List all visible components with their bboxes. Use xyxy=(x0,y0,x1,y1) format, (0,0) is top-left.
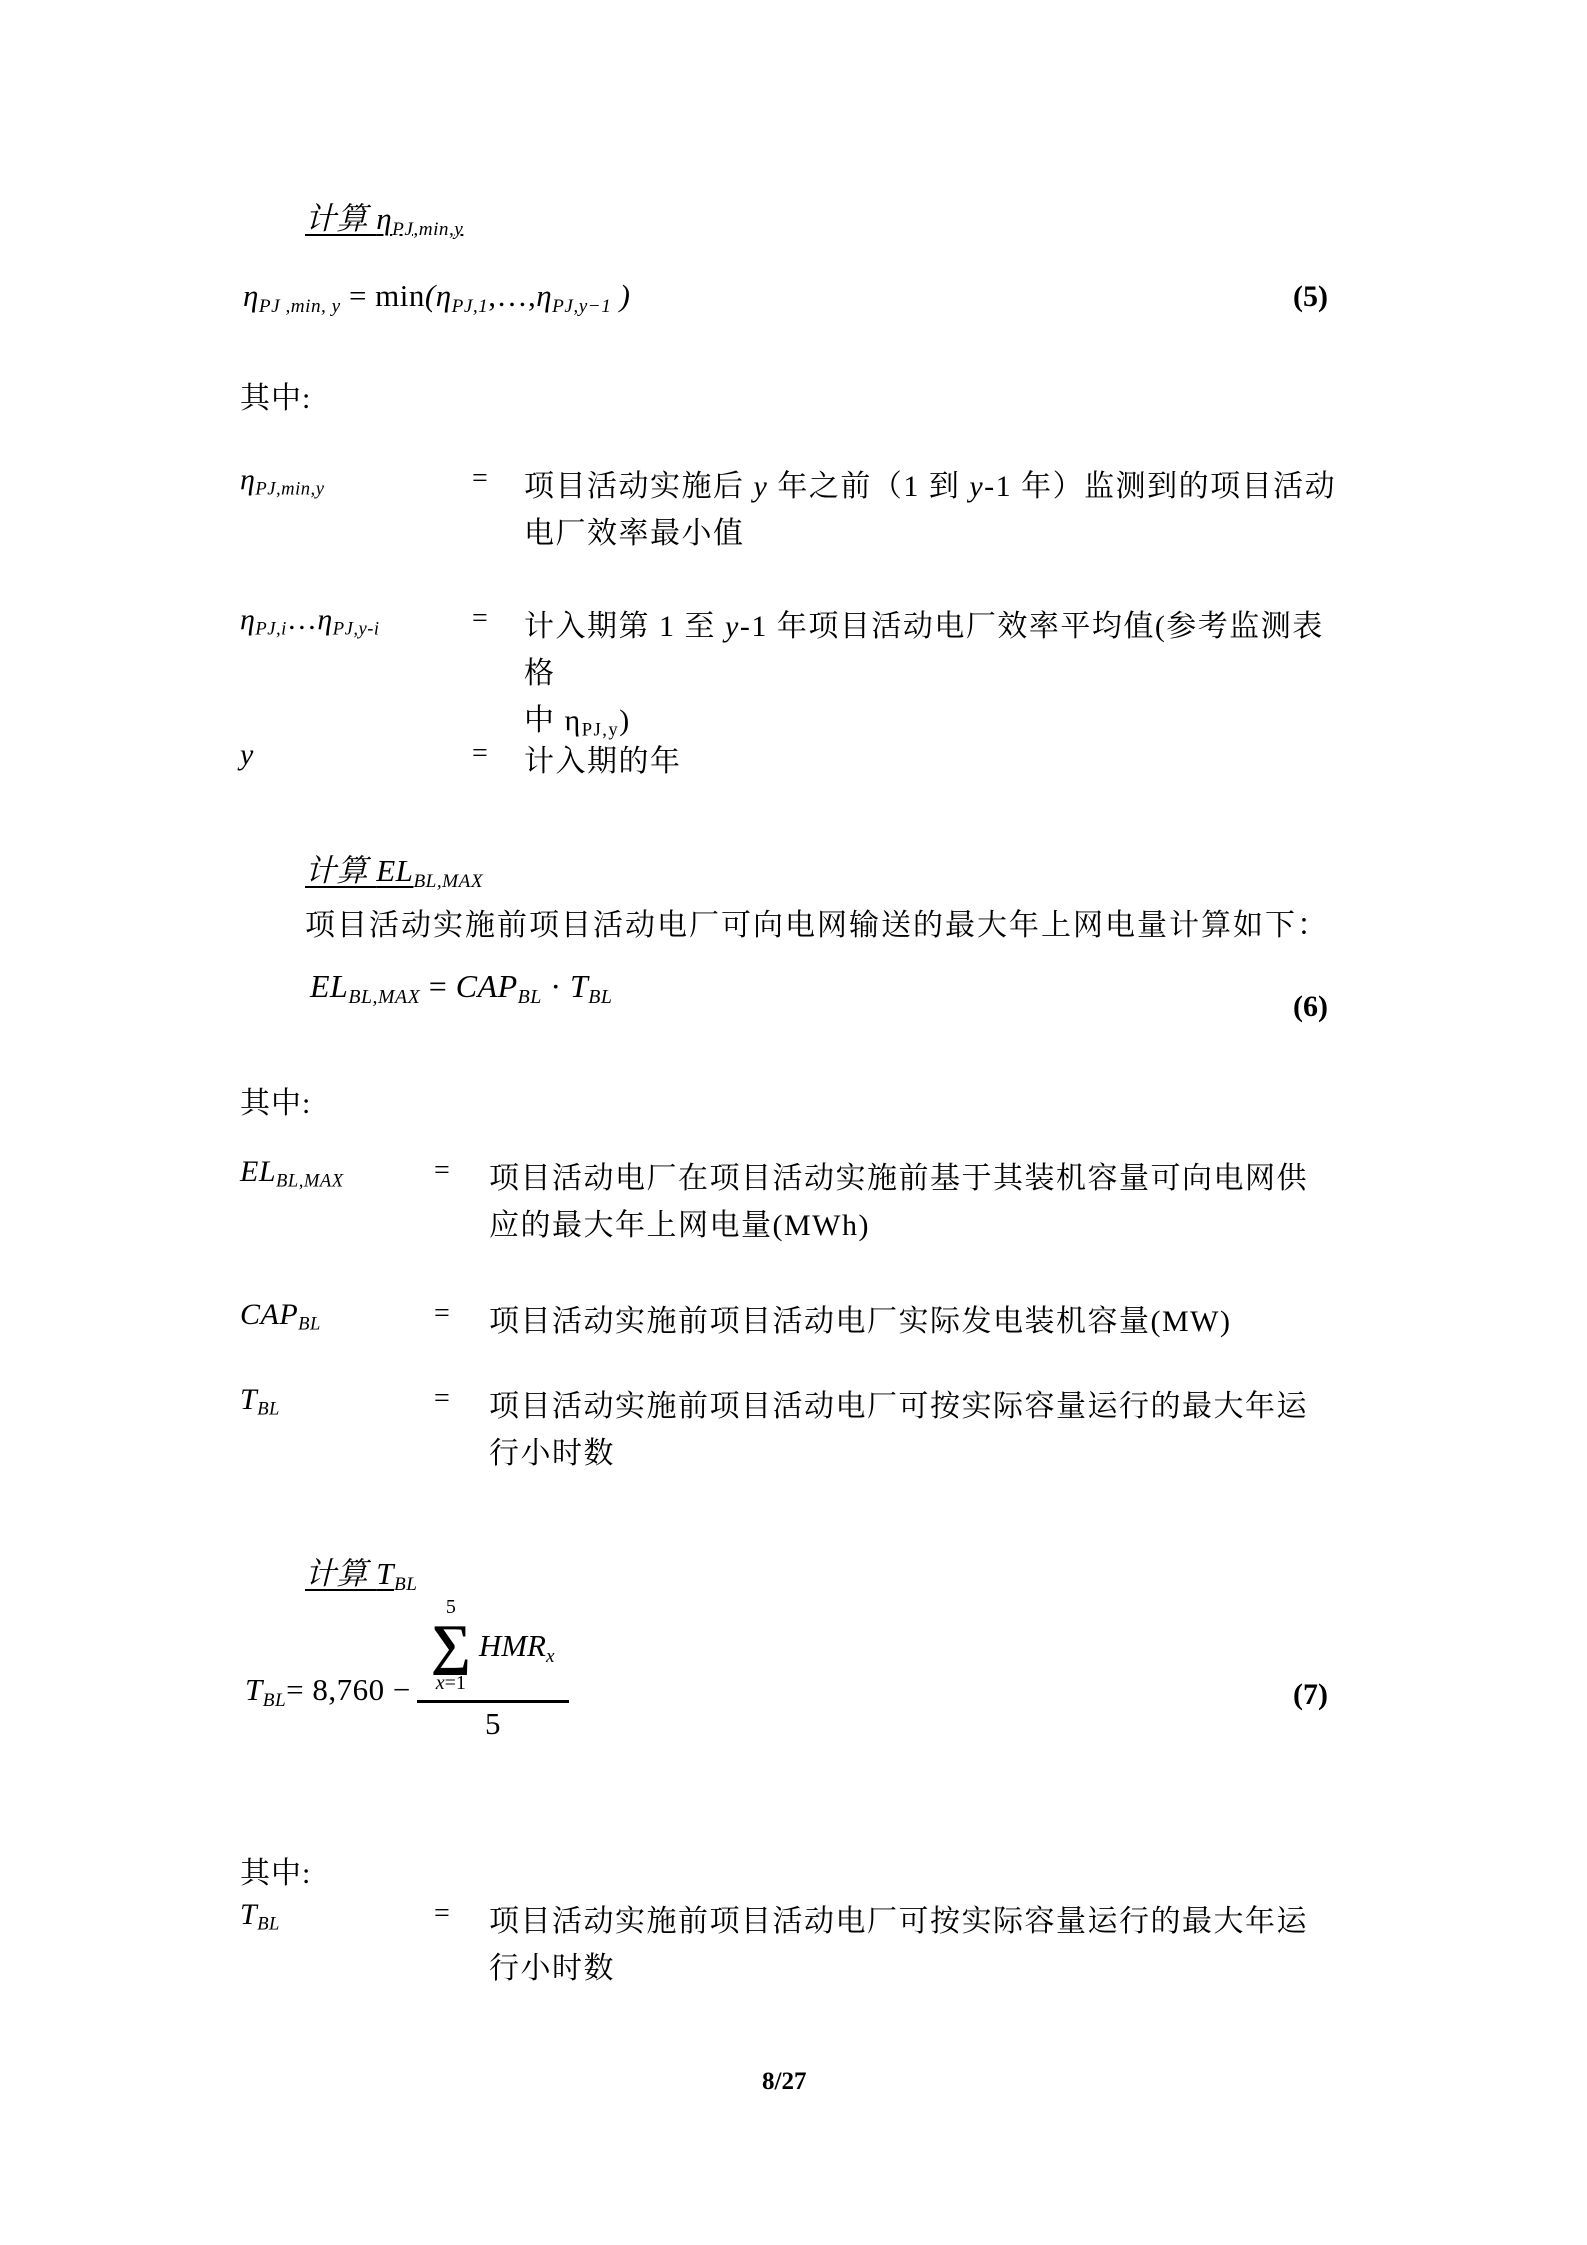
definition-description: 计入期的年 xyxy=(524,738,1350,785)
definition-symbol: ηPJ,min,y xyxy=(240,463,472,497)
definition-description: 项目活动实施后 y 年之前（1 到 y-1 年）监测到的项目活动 电厂效率最小值 xyxy=(524,463,1350,557)
formula-7-lhs: TBL= 8,760 − xyxy=(245,1672,411,1708)
definition-equals: = xyxy=(434,1383,489,1415)
definition-description: 项目活动实施前项目活动电厂可按实际容量运行的最大年运 行小时数 xyxy=(489,1383,1350,1477)
paragraph-intro-el-bl-max: 项目活动实施前项目活动电厂可向电网输送的最大年上网电量计算如下： xyxy=(305,900,1375,944)
definition-row: CAPBL = 项目活动实施前项目活动电厂实际发电装机容量(MW) xyxy=(240,1298,1350,1345)
definition-symbol: TBL xyxy=(240,1383,434,1417)
section-heading-el-bl-max: 计算 ELBL,MAX xyxy=(305,845,483,890)
equation-number-5: (5) xyxy=(1293,280,1328,314)
summation: 5 ∑ x=1 xyxy=(431,1596,471,1695)
definition-equals: = xyxy=(472,603,524,635)
definition-symbol: CAPBL xyxy=(240,1298,434,1332)
summation-term: HMRx xyxy=(479,1628,555,1664)
page-number: 8/27 xyxy=(762,2068,806,2096)
fraction-denominator: 5 xyxy=(485,1706,501,1746)
definition-equals: = xyxy=(472,738,524,770)
section-heading-t-bl: 计算 TBL xyxy=(305,1548,417,1593)
definition-row: ηPJ,i…ηPJ,y-i = 计入期第 1 至 y-1 年项目活动电厂效率平均… xyxy=(240,603,1350,744)
equation-number-6: (6) xyxy=(1293,990,1328,1024)
definition-symbol: ELBL,MAX xyxy=(240,1155,434,1189)
definition-equals: = xyxy=(472,463,524,495)
sigma-symbol: ∑ xyxy=(431,1619,471,1672)
formula-7-fraction: 5 ∑ x=1 HMRx 5 xyxy=(417,1596,569,1746)
definition-description: 项目活动实施前项目活动电厂可按实际容量运行的最大年运 行小时数 xyxy=(489,1898,1350,1992)
definition-symbol: ηPJ,i…ηPJ,y-i xyxy=(240,603,472,637)
definition-symbol: TBL xyxy=(240,1898,434,1932)
definition-description: 项目活动电厂在项目活动实施前基于其装机容量可向电网供 应的最大年上网电量(MWh… xyxy=(489,1155,1350,1249)
section-heading-eta-pj-min-y: 计算 ηPJ,min,y xyxy=(305,193,463,238)
definition-row: ELBL,MAX = 项目活动电厂在项目活动实施前基于其装机容量可向电网供 应的… xyxy=(240,1155,1350,1249)
sigma-lower-limit: x=1 xyxy=(436,1672,466,1695)
definition-equals: = xyxy=(434,1155,489,1187)
formula-6: ELBL,MAX = CAPBL · TBL xyxy=(310,968,612,1005)
fraction-bar xyxy=(417,1700,569,1703)
equation-number-7: (7) xyxy=(1293,1678,1328,1712)
formula-5: ηPJ ,min, y = min(ηPJ,1,…,ηPJ,y−1 ) xyxy=(243,278,630,314)
definition-description: 项目活动实施前项目活动电厂实际发电装机容量(MW) xyxy=(489,1298,1350,1345)
definition-row: TBL = 项目活动实施前项目活动电厂可按实际容量运行的最大年运 行小时数 xyxy=(240,1898,1350,1992)
definition-row: TBL = 项目活动实施前项目活动电厂可按实际容量运行的最大年运 行小时数 xyxy=(240,1383,1350,1477)
formula-7: TBL= 8,760 − 5 ∑ x=1 HMRx 5 xyxy=(245,1596,569,1746)
definition-row: y = 计入期的年 xyxy=(240,738,1350,785)
document-page: 计算 ηPJ,min,y ηPJ ,min, y = min(ηPJ,1,…,η… xyxy=(0,0,1587,2245)
where-label-2: 其中: xyxy=(240,1078,311,1122)
where-label-3: 其中: xyxy=(240,1848,311,1892)
definition-equals: = xyxy=(434,1298,489,1330)
definition-equals: = xyxy=(434,1898,489,1930)
definition-symbol: y xyxy=(240,738,472,772)
definition-row: ηPJ,min,y = 项目活动实施后 y 年之前（1 到 y-1 年）监测到的… xyxy=(240,463,1350,557)
definition-description: 计入期第 1 至 y-1 年项目活动电厂效率平均值(参考监测表格 中 ηPJ,y… xyxy=(524,603,1350,744)
where-label-1: 其中: xyxy=(240,373,311,417)
fraction-numerator: 5 ∑ x=1 HMRx xyxy=(417,1596,569,1695)
